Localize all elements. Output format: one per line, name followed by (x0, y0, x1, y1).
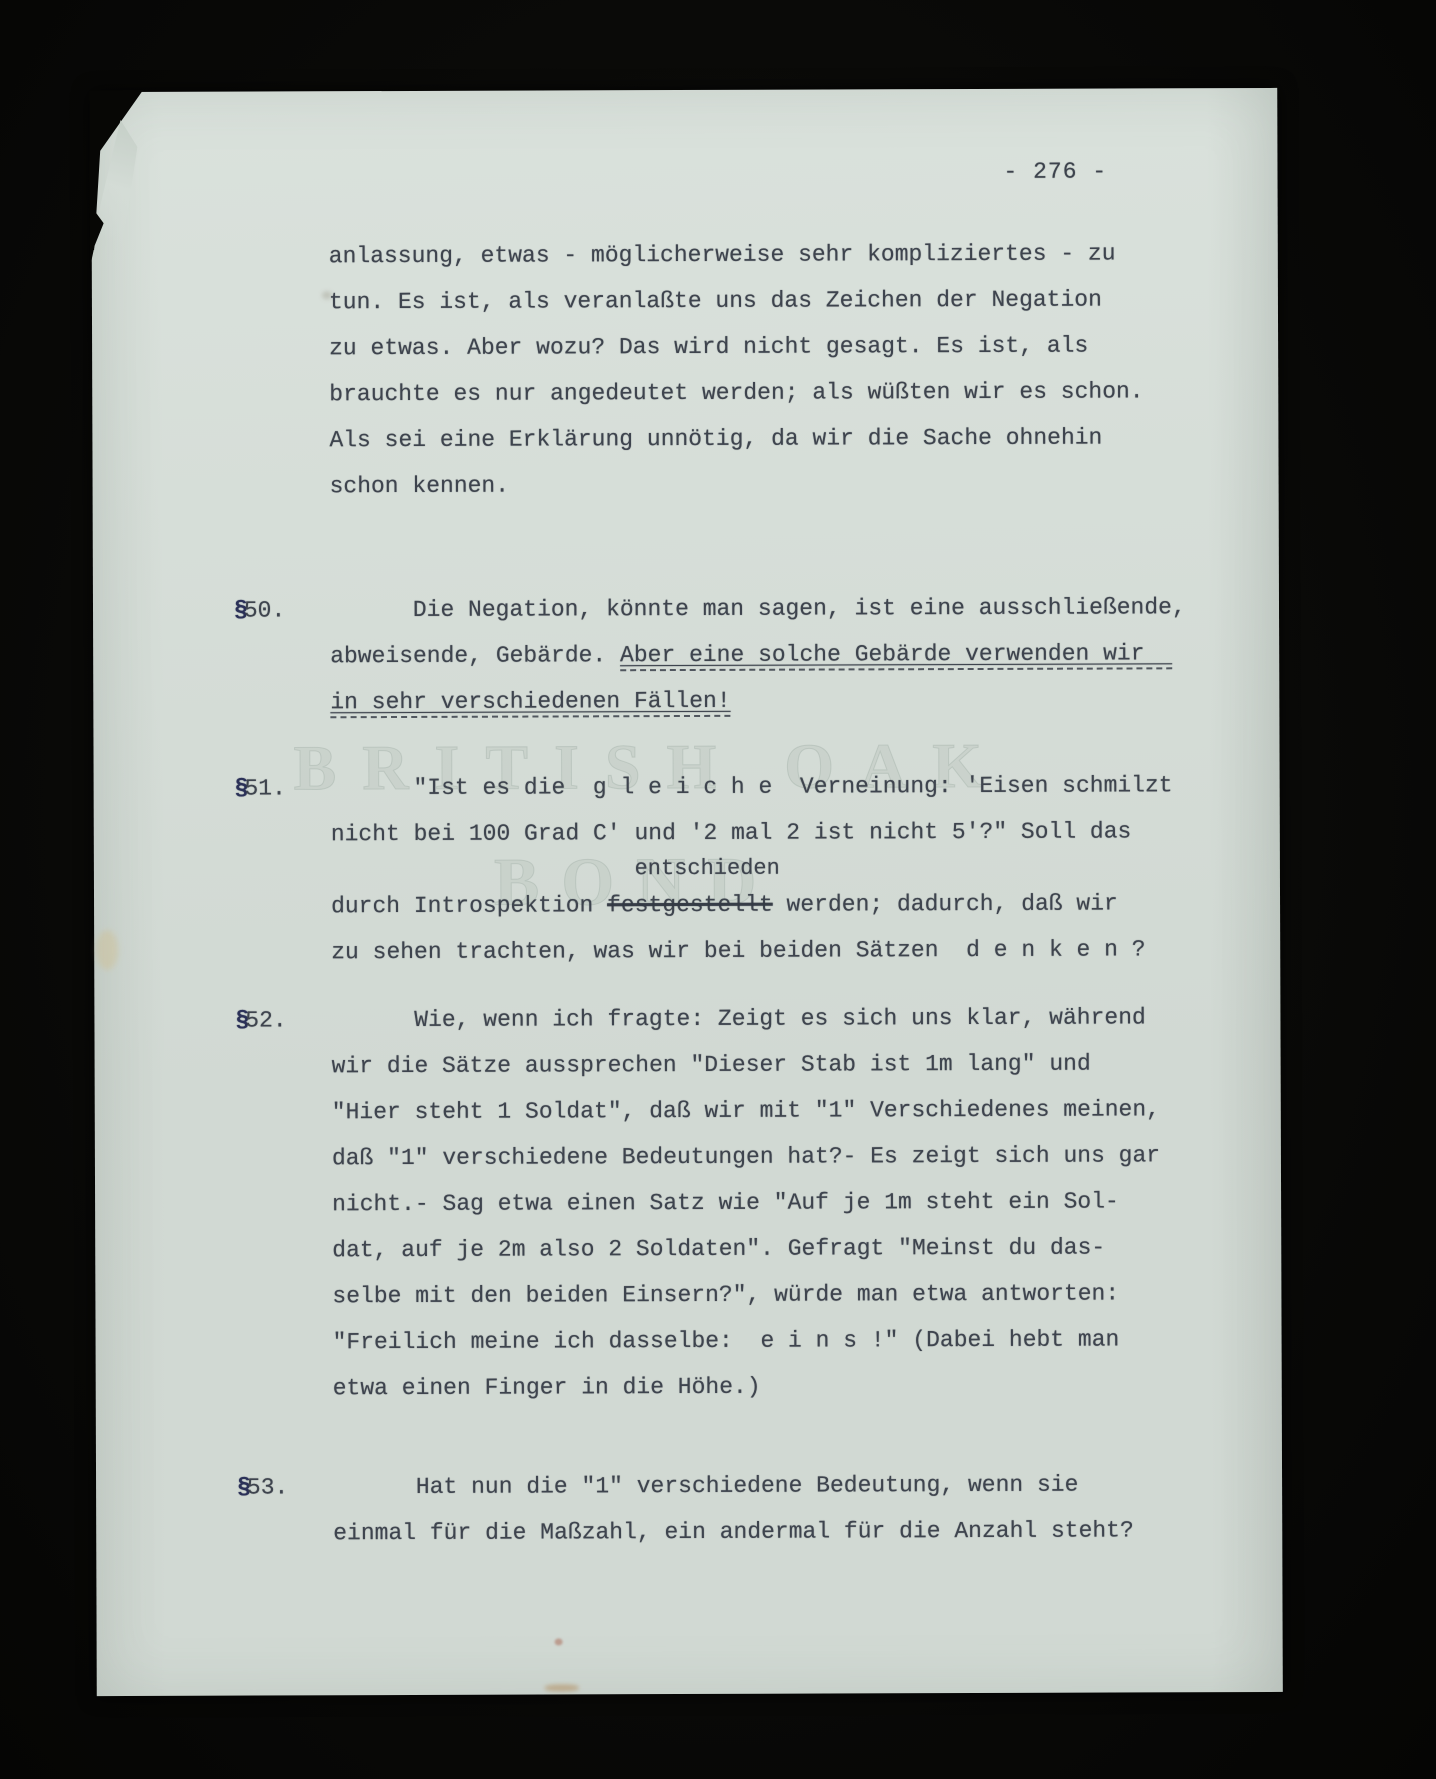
text-segment: abweisende, Gebärde. (330, 642, 620, 669)
text-line: nicht bei 100 Grad C' und '2 mal 2 ist n… (331, 808, 1235, 857)
text-line: zu sehen trachten, was wir bei beiden Sä… (331, 926, 1235, 975)
text-line: Die Negation, könnte man sagen, ist eine… (330, 584, 1234, 633)
text-segment: zu etwas. Aber wozu? Das wird nicht gesa… (329, 333, 1088, 362)
text-line: wir die Sätze aussprechen "Dieser Stab i… (332, 1040, 1236, 1089)
text-line: in sehr verschiedenen Fällen! (330, 676, 1234, 725)
text-line: etwa einen Finger in die Höhe.) (333, 1362, 1237, 1411)
text-line: dat, auf je 2m also 2 Soldaten". Gefragt… (332, 1224, 1236, 1273)
text-segment: nicht bei 100 Grad C' und '2 mal 2 ist n… (331, 818, 1132, 847)
text-line: einmal für die Maßzahl, ein andermal für… (333, 1507, 1237, 1556)
section-number: §53. (237, 1464, 288, 1510)
text-segment: Die Negation, könnte man sagen, ist eine… (330, 594, 1186, 623)
text-line: "Hier steht 1 Soldat", daß wir mit "1" V… (332, 1086, 1236, 1135)
text-segment: einmal für die Maßzahl, ein andermal für… (333, 1517, 1134, 1546)
struck-text: festgestellt (607, 892, 773, 919)
text-segment: selbe mit den beiden Einsern?", würde ma… (332, 1280, 1119, 1309)
text-line: Wie, wenn ich fragte: Zeigt es sich uns … (331, 994, 1235, 1043)
section-sign-icon: § (234, 598, 248, 624)
section-number: §51. (235, 765, 286, 811)
text-segment: dat, auf je 2m also 2 Soldaten". Gefragt… (332, 1235, 1105, 1264)
text-line: anlassung, etwas - möglicherweise sehr k… (329, 230, 1233, 279)
section-sign-icon: § (235, 1008, 249, 1034)
text-line: daß "1" verschiedene Bedeutungen hat?- E… (332, 1132, 1236, 1181)
text-line: abweisende, Gebärde. Aber eine solche Ge… (330, 630, 1234, 679)
text-segment: entschieden (331, 856, 780, 883)
text-line: durch Introspektion festgestellt werden;… (331, 880, 1235, 929)
document-page: BRITISH OAK BOND - 276 - anlassung, etwa… (91, 88, 1283, 1696)
paragraph: §52. Wie, wenn ich fragte: Zeigt es sich… (235, 994, 1236, 1411)
typescript-body: anlassung, etwas - möglicherweise sehr k… (233, 230, 1238, 1556)
text-segment: Als sei eine Erklärung unnötig, da wir d… (329, 425, 1102, 454)
paper-stain (555, 1638, 563, 1645)
text-line: brauchte es nur angedeutet werden; als w… (329, 368, 1233, 417)
text-line: zu etwas. Aber wozu? Das wird nicht gesa… (329, 322, 1233, 371)
text-segment: "Ist es die g l e i c h e Verneinung: 'E… (331, 772, 1173, 801)
text-segment: Wie, wenn ich fragte: Zeigt es sich uns … (331, 1004, 1145, 1033)
paragraph: anlassung, etwas - möglicherweise sehr k… (233, 230, 1234, 509)
paper-stain (96, 930, 118, 970)
interlinear-insertion: entschieden (331, 854, 1235, 883)
underlined-text: Aber eine solche Gebärde verwenden wir (620, 640, 1172, 671)
paper-stain (545, 1684, 579, 1691)
text-line: "Freilich meine ich dasselbe: e i n s !"… (332, 1316, 1236, 1365)
text-line: Hat nun die "1" verschiedene Bedeutung, … (333, 1461, 1237, 1510)
text-segment: werden; dadurch, daß wir (773, 890, 1118, 917)
paragraph: §53. Hat nun die "1" verschiedene Bedeut… (237, 1461, 1237, 1556)
paragraph: §50. Die Negation, könnte man sagen, ist… (234, 584, 1234, 725)
text-segment: "Freilich meine ich dasselbe: e i n s !"… (333, 1326, 1120, 1355)
text-segment: tun. Es ist, als veranlaßte uns das Zeic… (329, 287, 1102, 316)
text-segment: schon kennen. (330, 473, 510, 500)
text-line: Als sei eine Erklärung unnötig, da wir d… (329, 414, 1233, 463)
text-segment: etwa einen Finger in die Höhe.) (333, 1374, 761, 1401)
section-sign-icon: § (235, 776, 249, 802)
text-segment: daß "1" verschiedene Bedeutungen hat?- E… (332, 1142, 1160, 1171)
text-segment: "Hier steht 1 Soldat", daß wir mit "1" V… (332, 1096, 1160, 1125)
text-segment: durch Introspektion (331, 892, 607, 919)
text-segment: nicht.- Sag etwa einen Satz wie "Auf je … (332, 1188, 1119, 1217)
section-number: §50. (234, 587, 285, 633)
text-line: nicht.- Sag etwa einen Satz wie "Auf je … (332, 1178, 1236, 1227)
text-line: schon kennen. (330, 460, 1234, 509)
text-line: selbe mit den beiden Einsern?", würde ma… (332, 1270, 1236, 1319)
text-segment: Hat nun die "1" verschiedene Bedeutung, … (333, 1472, 1078, 1501)
page-number: - 276 - (1003, 159, 1107, 185)
text-line: tun. Es ist, als veranlaßte uns das Zeic… (329, 276, 1233, 325)
text-segment: anlassung, etwas - möglicherweise sehr k… (329, 241, 1116, 270)
text-segment: brauchte es nur angedeutet werden; als w… (329, 378, 1143, 407)
section-number: §52. (235, 997, 286, 1043)
text-segment: wir die Sätze aussprechen "Dieser Stab i… (332, 1051, 1091, 1080)
paragraph: §51. "Ist es die g l e i c h e Verneinun… (235, 762, 1236, 975)
text-line: "Ist es die g l e i c h e Verneinung: 'E… (331, 762, 1235, 811)
underlined-text: in sehr verschiedenen Fällen! (330, 688, 730, 718)
scan-background: BRITISH OAK BOND - 276 - anlassung, etwa… (0, 0, 1436, 1779)
text-segment: zu sehen trachten, was wir bei beiden Sä… (331, 936, 1145, 965)
section-sign-icon: § (237, 1475, 251, 1501)
